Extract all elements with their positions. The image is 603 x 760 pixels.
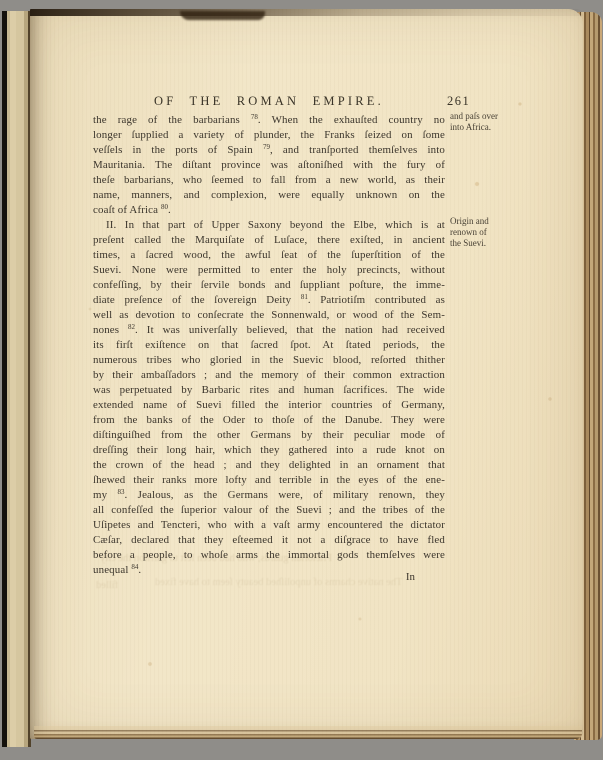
body-line: well as devotion to conſecrate the Sonne… [93,308,445,323]
margin-note: and paſs overinto Africa. [450,111,542,133]
body-line: Cæſar, declared that they eſteemed it no… [93,533,445,548]
body-line: the rage of the barbarians 78. When the … [93,113,445,128]
body-line: all confeſſed the ſuperior valour of the… [93,503,445,518]
body-line: extended name of Suevi filled the interi… [93,398,445,413]
body-line: confeſſing, by their ſervile bonds and ſ… [93,278,445,293]
body-line: theſe barbarians, who ſeemed to fall fro… [93,173,445,188]
body-line: Suevi. None were permitted to enter the … [93,263,445,278]
body-line: by their ambaſſadors ; and the memory of… [93,368,445,383]
body-line: before a people, to whoſe arms the immor… [93,548,445,563]
body-line: coaſt of Africa 80. [93,203,445,218]
body-line: diate preſence of the ſovereign Deity 81… [93,293,445,308]
body-line: its firſt exiſtence on that ſacred ſpot.… [93,338,445,353]
body-line: times, a ſacred wood, the awful ſeat of … [93,248,445,263]
body-line: my 83. Jealous, as the Germans were, of … [93,488,445,503]
body-line: Uſipetes and Tencteri, who with a vaſt a… [93,518,445,533]
running-header: OF THE ROMAN EMPIRE. [93,94,445,109]
body-line: nones 82. It was univerſally believed, t… [93,323,445,338]
body-line: was perpetuated by Barbaric rites and hu… [93,383,445,398]
body-line: ſhewed their ranks more lofty and terrib… [93,473,445,488]
body-line: dreſſing their long hair, which they gat… [93,443,445,458]
body-line: II. In that part of Upper Saxony beyond … [93,218,445,233]
body-line: name, manners, and complexion, were equa… [93,188,445,203]
page-bottom-edge [34,726,582,739]
body-line: numerous tribes who gloried in the Suevi… [93,353,445,368]
body-line: diſtinguiſhed from the other Germans by … [93,428,445,443]
body-line: longer ſupplied a variety of plunder, th… [93,128,445,143]
body-line: preſent called the Marquiſate of Luſace,… [93,233,445,248]
page-top-edge-notch [180,11,265,20]
body-line: the crown of the head ; and they delight… [93,458,445,473]
scan-background: OF THE ROMAN EMPIRE. 261 the rage of the… [0,0,603,760]
left-page-edge [2,11,31,747]
page-top-edge [30,9,583,16]
margin-note: Origin andrenown ofthe Suevi. [450,216,542,249]
body-line: veſſels in the ports of Spain 79, and tr… [93,143,445,158]
catchword: In [93,570,445,585]
body-line: from the banks of the Oder to thoſe of t… [93,413,445,428]
body-line: Mauritania. The diſtant province was aſt… [93,158,445,173]
book-page: OF THE ROMAN EMPIRE. 261 the rage of the… [30,9,583,739]
body-text: the rage of the barbarians 78. When the … [93,113,445,578]
page-number: 261 [447,94,507,109]
